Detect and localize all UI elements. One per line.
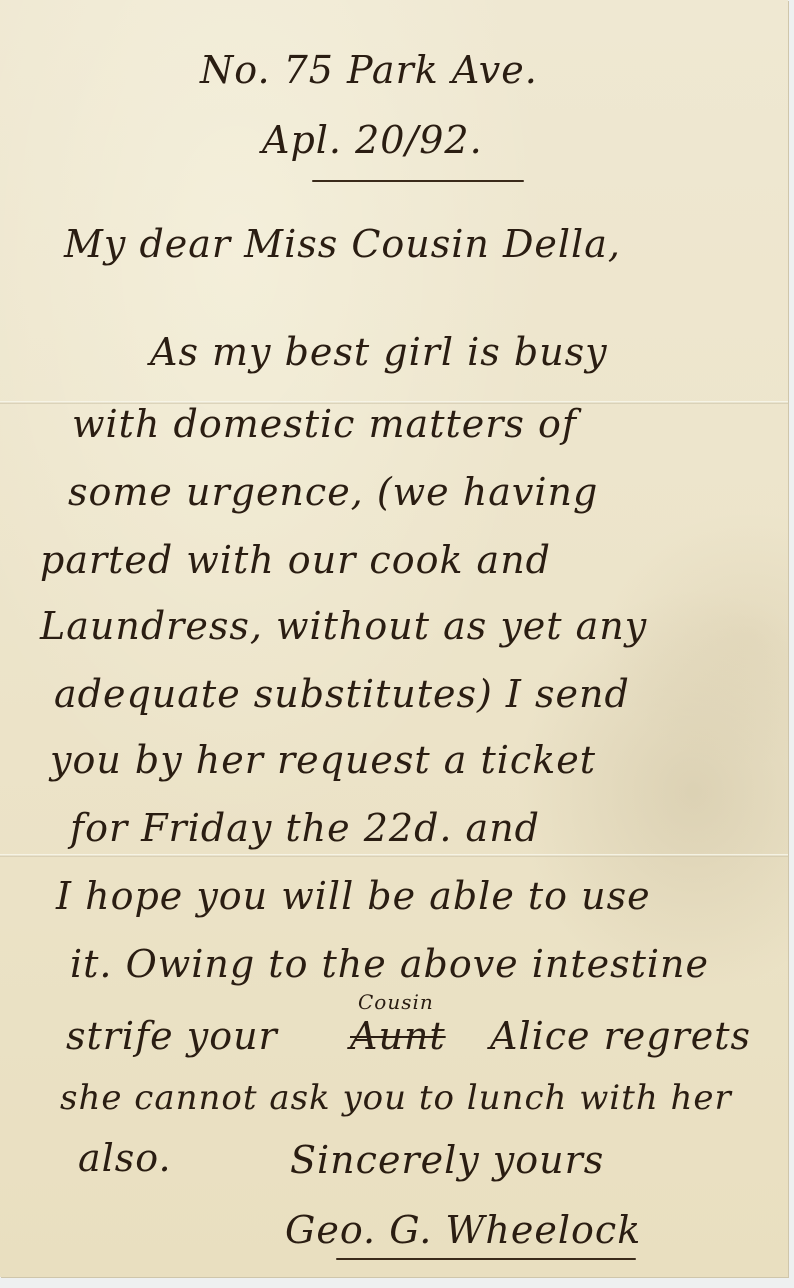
date-line: Apl. 20/92. <box>262 118 483 162</box>
salutation: My dear Miss Cousin Della, <box>64 222 621 266</box>
closing: Sincerely yours <box>290 1138 604 1182</box>
signature: Geo. G. Wheelock <box>285 1208 641 1252</box>
body-line-11b: Alice regrets <box>490 1014 751 1058</box>
body-line-13: also. <box>78 1136 172 1180</box>
body-line-11: strife your <box>66 1014 278 1058</box>
letter-paper: No. 75 Park Ave. Apl. 20/92. My dear Mis… <box>0 0 788 1277</box>
struck-word: Aunt <box>350 1014 446 1058</box>
body-line-10: it. Owing to the above intestine <box>70 942 709 986</box>
fold-line-lower <box>0 854 788 857</box>
address-line: No. 75 Park Ave. <box>200 48 538 92</box>
body-line-6: adequate substitutes) I send <box>54 672 630 716</box>
body-line-9: I hope you will be able to use <box>56 874 651 918</box>
body-line-2: with domestic matters of <box>72 402 577 446</box>
body-line-3: some urgence, (we having <box>68 470 598 514</box>
body-line-8: for Friday the 22d. and <box>70 806 540 850</box>
body-line-1: As my best girl is busy <box>150 330 608 374</box>
body-line-12: she cannot ask you to lunch with her <box>60 1078 732 1118</box>
body-line-7: you by her request a ticket <box>50 738 596 782</box>
signature-underline <box>336 1258 636 1260</box>
body-line-4: parted with our cook and <box>40 538 551 582</box>
date-underline <box>312 180 524 182</box>
body-line-5: Laundress, without as yet any <box>40 604 647 648</box>
inserted-word: Cousin <box>358 990 434 1014</box>
